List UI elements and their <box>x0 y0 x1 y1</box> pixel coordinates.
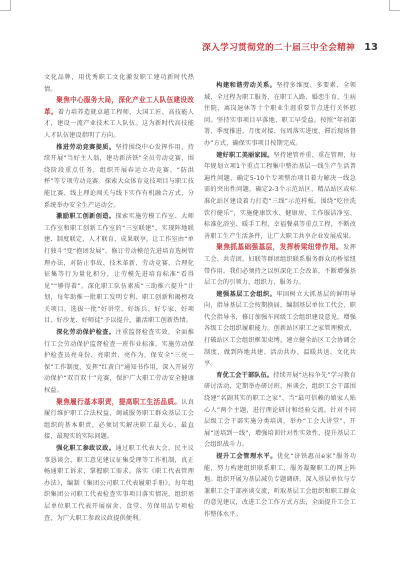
paragraph: 建好职工美丽家园。坚持建管并重、重在管理，每年规划立项1个重点工程集中整治基层一… <box>204 150 356 243</box>
paragraph: 深化劳动保护检查。注重监督检查实效，全面推行工会劳动保护监督检查一班作业标准，实… <box>44 327 194 397</box>
crop-mark-top-right <box>389 0 400 11</box>
lead-phrase: 推进劳动竞赛提质。 <box>56 144 115 151</box>
section-heading: 聚焦履行基本职责，提高职工生活品质。 <box>56 398 181 406</box>
paragraph: 构建和谐劳动关系。坚持多维度、多要素、全领域、全过程为职工服务，在职工入路、婚恋… <box>204 80 356 150</box>
paragraph: 提升工会管理水平。优化“济铁惠员e家”服务功能，努力构建组织联系职工、服务凝聚职… <box>204 451 356 521</box>
page-number: 13 <box>364 42 378 53</box>
lead-phrase: 育优工会干部队伍。 <box>216 372 273 379</box>
right-column: 构建和谐劳动关系。坚持多维度、多要素、全领域、全过程为职工服务，在职工入路、婚恋… <box>204 80 356 521</box>
lead-phrase: 构建和谐劳动关系。 <box>216 82 276 89</box>
paragraph: 聚焦履行基本职责，提高职工生活品质。认真履行维护职工合法权益、竭诚服务职工群众基… <box>44 397 194 443</box>
lead-phrase: 建强基层工会组织。 <box>216 291 276 298</box>
paragraph: 建强基层工会组织。牢固树立大抓基层的鲜明导向，指导基层工会按期换届，编制基层单位… <box>204 289 356 370</box>
lead-phrase: 深化劳动保护检查。 <box>56 329 115 336</box>
paragraph: 推进劳动竞赛提质。坚持围绕中心发挥作用，持续开展“当好主人翁，建功新济铁”全员劳… <box>44 142 194 212</box>
lead-phrase: 提升工会管理水平。 <box>216 453 277 460</box>
paragraph: 激励职工创新创造。探索实施劳模工作室、大师工作室和职工创新工作室的“三室联建”，… <box>44 211 194 327</box>
section-heading: 聚焦抓基础强基层，发挥桥梁纽带作用。 <box>216 243 343 251</box>
lead-phrase: 激励职工创新创造。 <box>56 213 115 220</box>
left-column: 文化品牌，用优秀职工文化激发职工建功新时代热情。 聚焦中心服务大局，深化产业工人… <box>44 72 194 524</box>
section-title: 深入学习贯彻党的二十届三中全会精神 <box>202 41 355 53</box>
crop-mark-top-left <box>0 0 11 11</box>
lead-phrase: 建好职工美丽家园。 <box>216 152 273 159</box>
paragraph: 育优工会干部队伍。持续开展“达标争先”学习教育研讨活动，定期举办研讨班、座谈会，… <box>204 370 356 451</box>
paragraph: 文化品牌，用优秀职工文化激发职工建功新时代热情。 <box>44 72 194 95</box>
paragraph: 聚焦抓基础强基层，发挥桥梁纽带作用。发挥工会、共青团、妇联等群团组织联系服务群众… <box>204 242 356 288</box>
lead-phrase: 强化职工参政议政。 <box>56 445 115 452</box>
paragraph: 强化职工参政议政。通过职工代表大会、民主议事恳谈会、职工意见建议征集受理等工作机… <box>44 443 194 524</box>
paragraph: 聚焦中心服务大局，深化产业工人队伍建设改革。着力培养造就卓越工程师、大国工匠、高… <box>44 95 194 141</box>
running-header: 深入学习贯彻党的二十届三中全会精神 13 <box>200 40 378 54</box>
